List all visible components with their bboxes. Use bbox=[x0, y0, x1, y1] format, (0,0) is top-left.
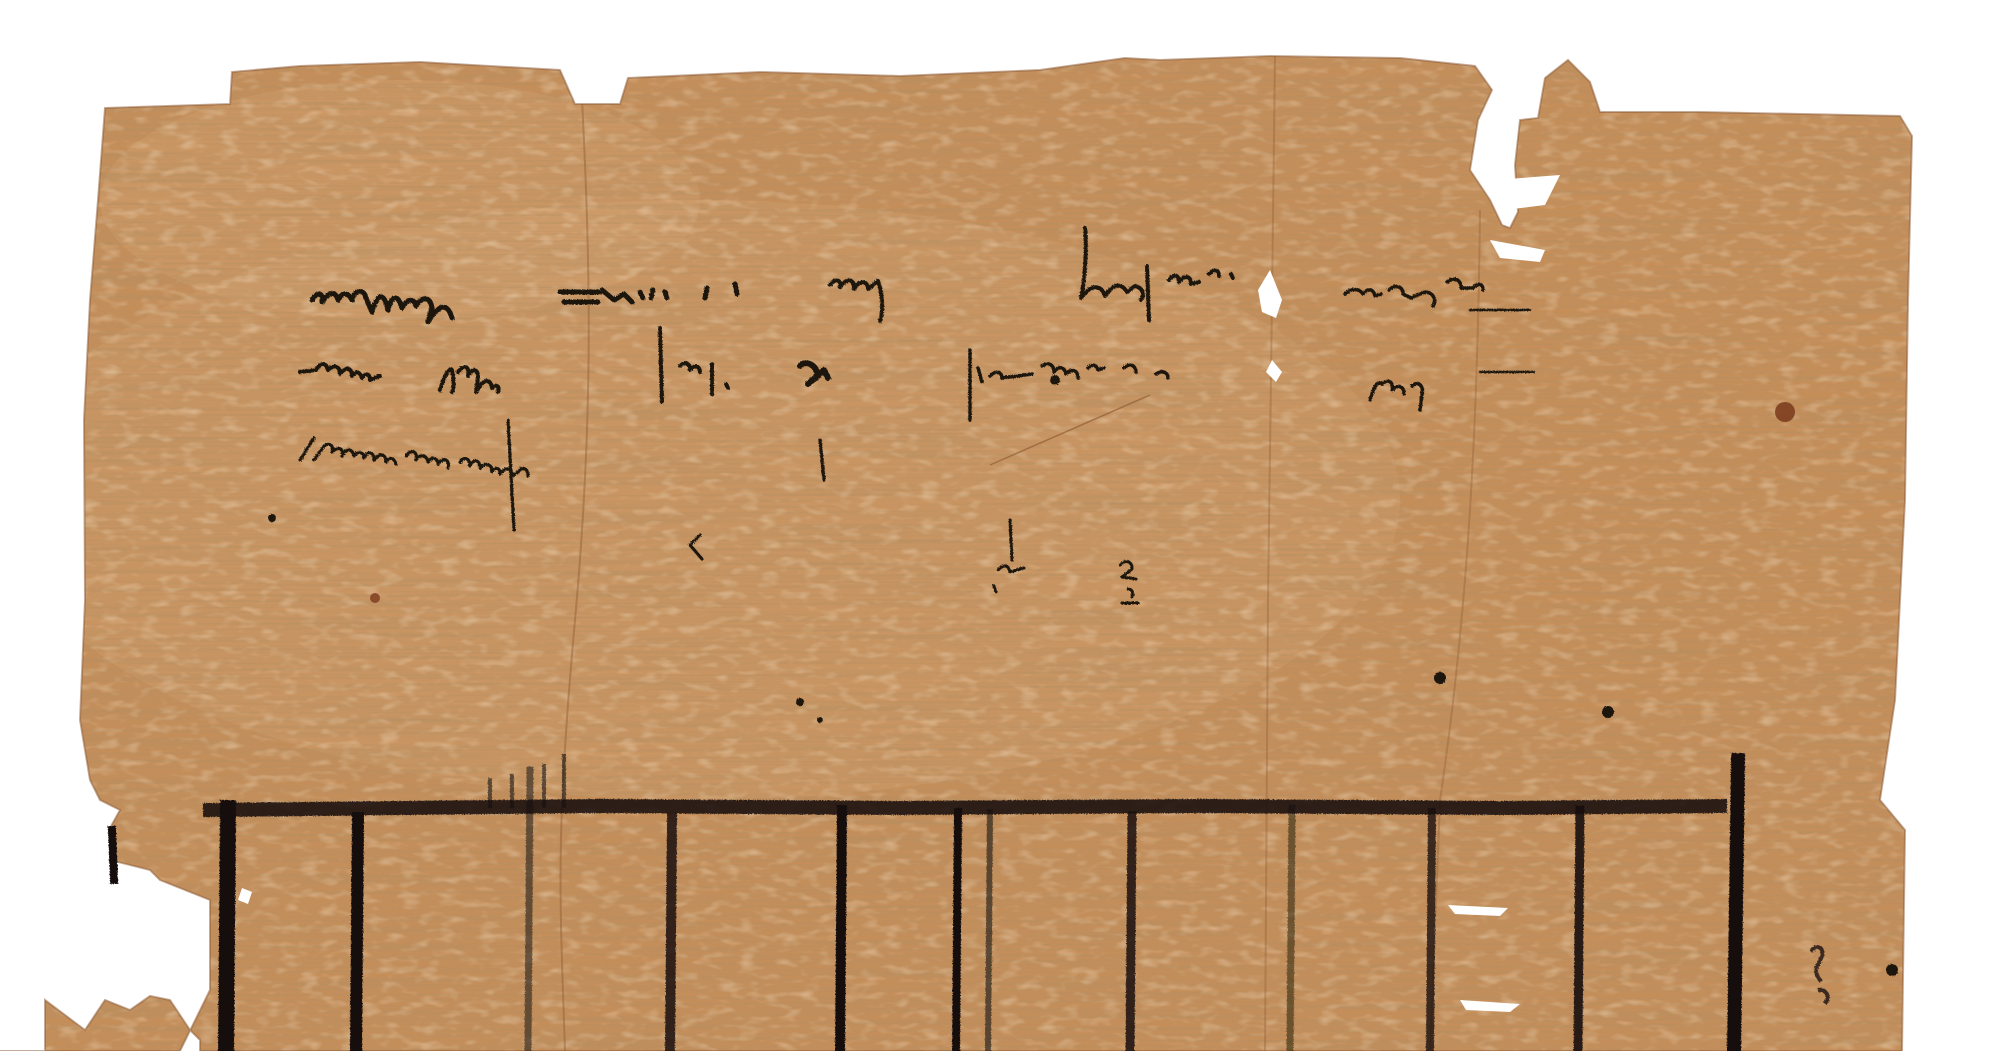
table-right-border bbox=[1734, 760, 1738, 1051]
papyrus-sheet bbox=[0, 0, 2000, 1051]
papyrus-photo bbox=[0, 0, 2000, 1051]
table-left-border bbox=[226, 808, 228, 1051]
table-top-rule bbox=[210, 806, 1720, 810]
